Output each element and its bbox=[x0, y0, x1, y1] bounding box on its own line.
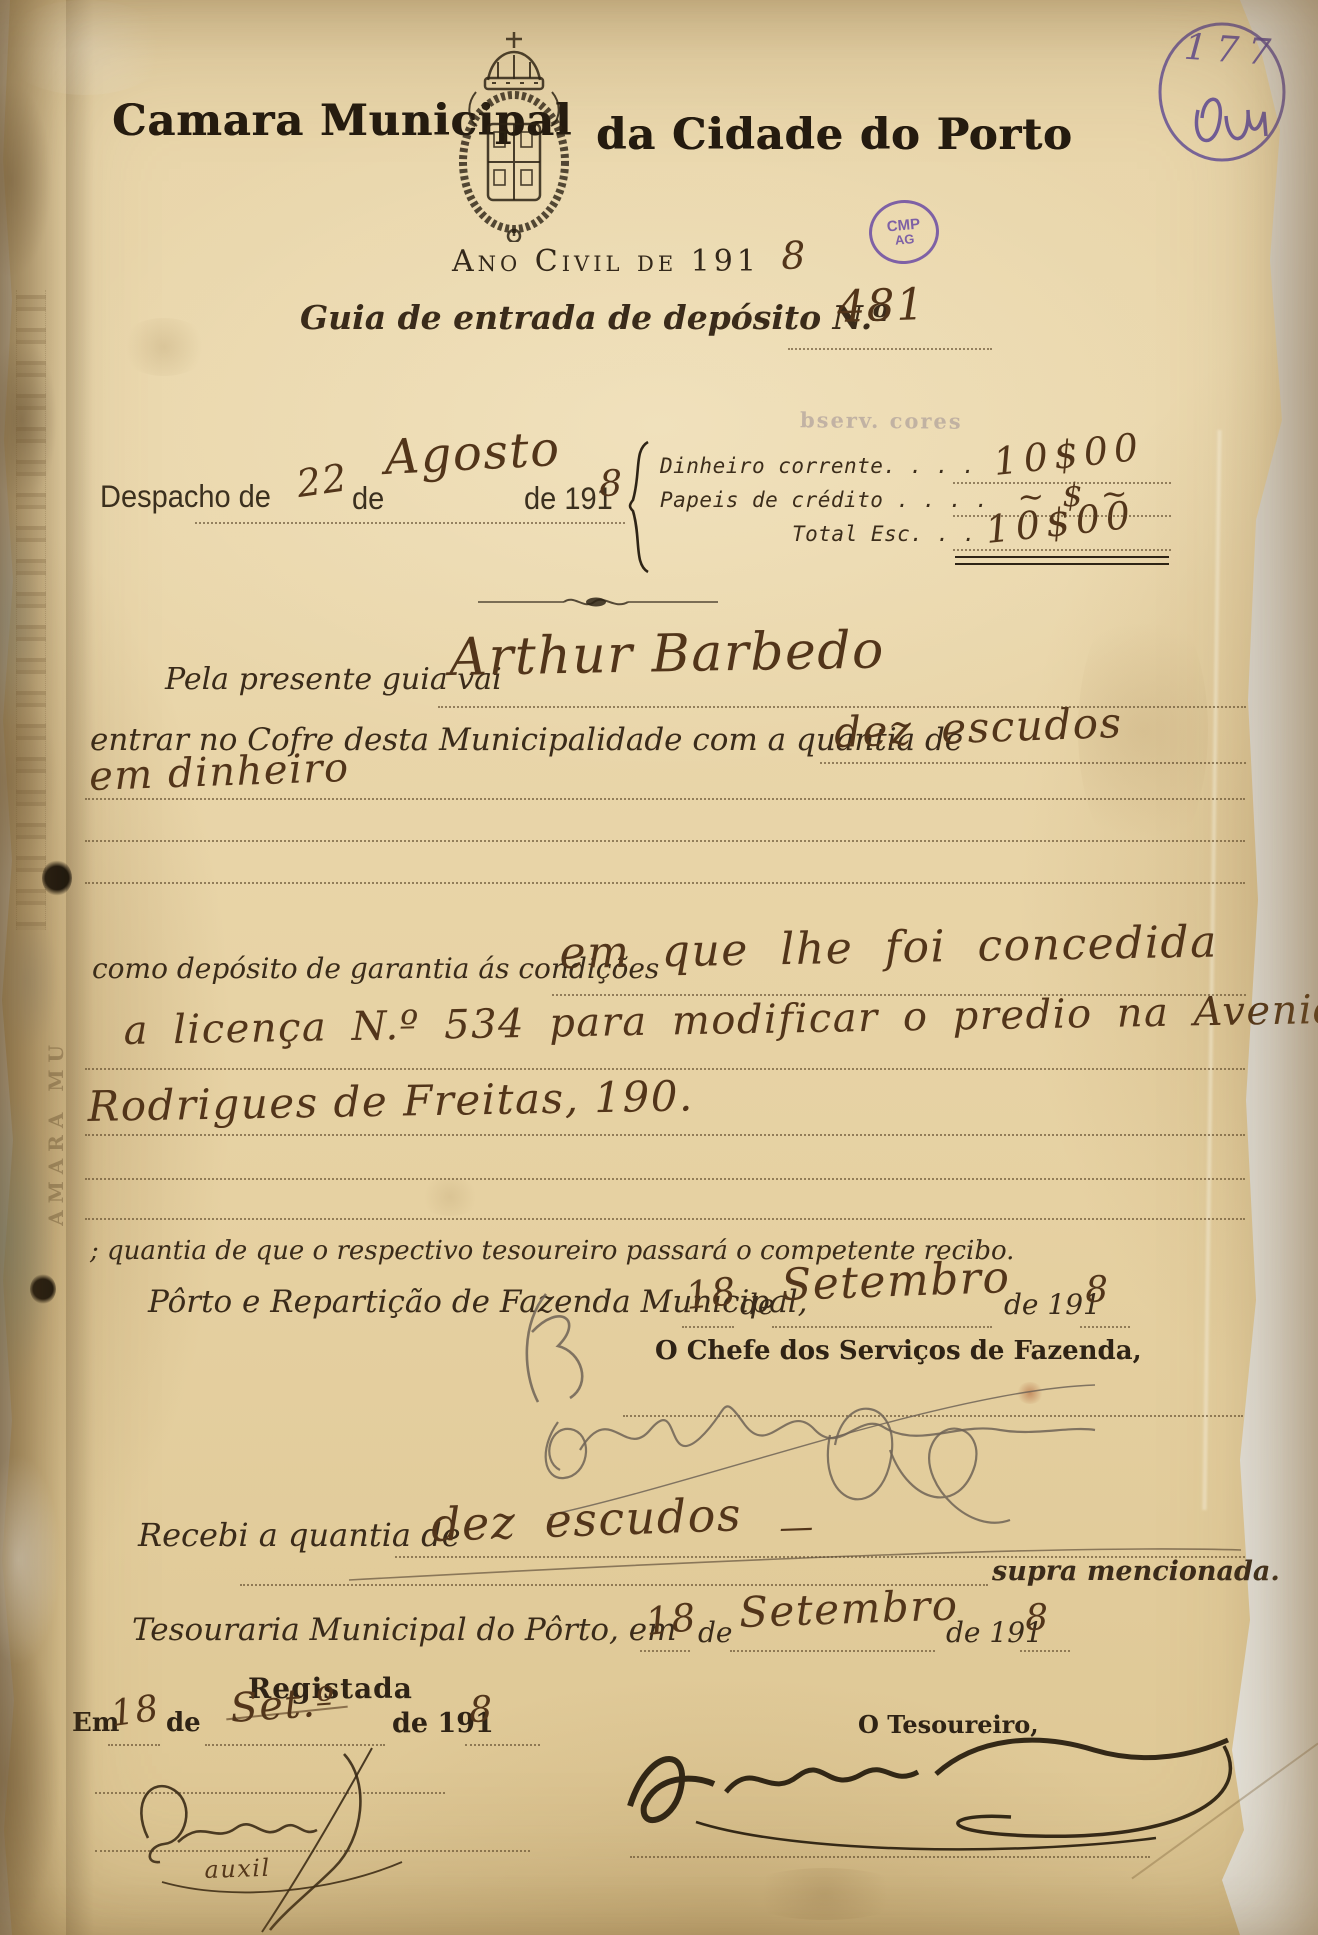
dotted-line bbox=[772, 1326, 992, 1328]
coat-of-arms bbox=[448, 30, 580, 242]
dotted-line bbox=[85, 1134, 1245, 1136]
doc-title-printed: Guia de entrada de depósito N.º bbox=[300, 298, 889, 337]
dotted-line bbox=[85, 1218, 1245, 1220]
dotted-line bbox=[85, 798, 1245, 800]
ornamental-divider bbox=[478, 592, 718, 612]
dotted-line bbox=[953, 515, 1171, 517]
civil-year-hand: 8 bbox=[780, 233, 807, 278]
dotted-line bbox=[1080, 1326, 1130, 1328]
fazenda-year-hand: 8 bbox=[1085, 1269, 1111, 1311]
tesouraria-year-hand: 8 bbox=[1025, 1597, 1051, 1639]
fazenda-de: de bbox=[740, 1288, 775, 1321]
document-scan: AMARA MU Camara Municipal da Cidade do P… bbox=[0, 0, 1318, 1935]
dotted-line bbox=[465, 1744, 540, 1746]
registada-de: de bbox=[166, 1708, 201, 1738]
despacho-day-hand: 22 bbox=[294, 455, 351, 506]
amount-words-hand: dez escudos bbox=[833, 698, 1123, 757]
archival-initials-squiggle bbox=[1196, 99, 1266, 140]
total-double-rule bbox=[955, 556, 1169, 565]
treasurer-signature bbox=[596, 1714, 1256, 1884]
dotted-line bbox=[85, 882, 1245, 884]
fazenda-month-hand: Setembro bbox=[780, 1252, 1011, 1311]
dotted-line bbox=[953, 482, 1171, 484]
tesouraria-day-hand: 18 bbox=[643, 1595, 699, 1644]
dotted-line bbox=[195, 522, 625, 524]
dotted-line bbox=[953, 549, 1171, 551]
ghost-bleedthrough-text: bserv. cores bbox=[800, 407, 963, 433]
amount-row3-label: Total Esc. . . bbox=[792, 522, 976, 546]
registada-month-hand: Set.º bbox=[229, 1679, 338, 1732]
clerk-note-hand: auxil bbox=[204, 1854, 271, 1884]
stamp-line2: AG bbox=[894, 232, 915, 248]
amount-row1-label: Dinheiro corrente. . . . bbox=[660, 454, 975, 478]
registada-day-hand: 18 bbox=[108, 1688, 162, 1735]
dotted-line bbox=[682, 1326, 734, 1328]
cash-note-hand: em dinheiro bbox=[88, 745, 350, 800]
dotted-line bbox=[730, 1650, 935, 1652]
despacho-label: Despacho de bbox=[100, 480, 271, 516]
fazenda-day-hand: 18 bbox=[683, 1269, 739, 1318]
doc-number-hand: 481 bbox=[836, 279, 926, 333]
despacho-month-hand: Agosto bbox=[383, 421, 562, 486]
binding-hole bbox=[42, 860, 72, 896]
dotted-line bbox=[788, 348, 992, 350]
dotted-line bbox=[820, 762, 1246, 764]
depositor-name-hand: Arthur Barbedo bbox=[449, 620, 885, 688]
binding-hole bbox=[30, 1274, 56, 1304]
org-title-right: da Cidade do Porto bbox=[596, 110, 1073, 160]
registada-year-hand: 8 bbox=[469, 1689, 495, 1731]
supra-mencionada: supra mencionada. bbox=[992, 1556, 1280, 1587]
tesouraria-month-hand: Setembro bbox=[738, 1580, 959, 1637]
clerk-signature bbox=[112, 1742, 432, 1935]
civil-year-printed: Ano Civil de 191 bbox=[452, 244, 760, 279]
amount-row2-label: Papeis de crédito . . . . bbox=[660, 488, 989, 512]
dotted-line bbox=[640, 1650, 690, 1652]
tesouraria-printed: Tesouraria Municipal do Pôrto, em bbox=[132, 1612, 677, 1648]
despacho-de: de bbox=[352, 482, 384, 518]
dotted-line bbox=[1020, 1650, 1070, 1652]
ornament-strip bbox=[16, 290, 46, 930]
amounts-brace bbox=[626, 440, 652, 574]
tesouraria-de: de bbox=[698, 1616, 733, 1649]
binding-shadow bbox=[66, 0, 94, 1935]
dotted-line bbox=[85, 1068, 1245, 1070]
dotted-line bbox=[85, 1178, 1245, 1180]
archival-corner-number: 177 bbox=[1183, 27, 1281, 75]
despacho-year-hand: 8 bbox=[599, 463, 625, 505]
dotted-line bbox=[85, 840, 1245, 842]
spine-text: AMARA MU bbox=[44, 1038, 68, 1226]
